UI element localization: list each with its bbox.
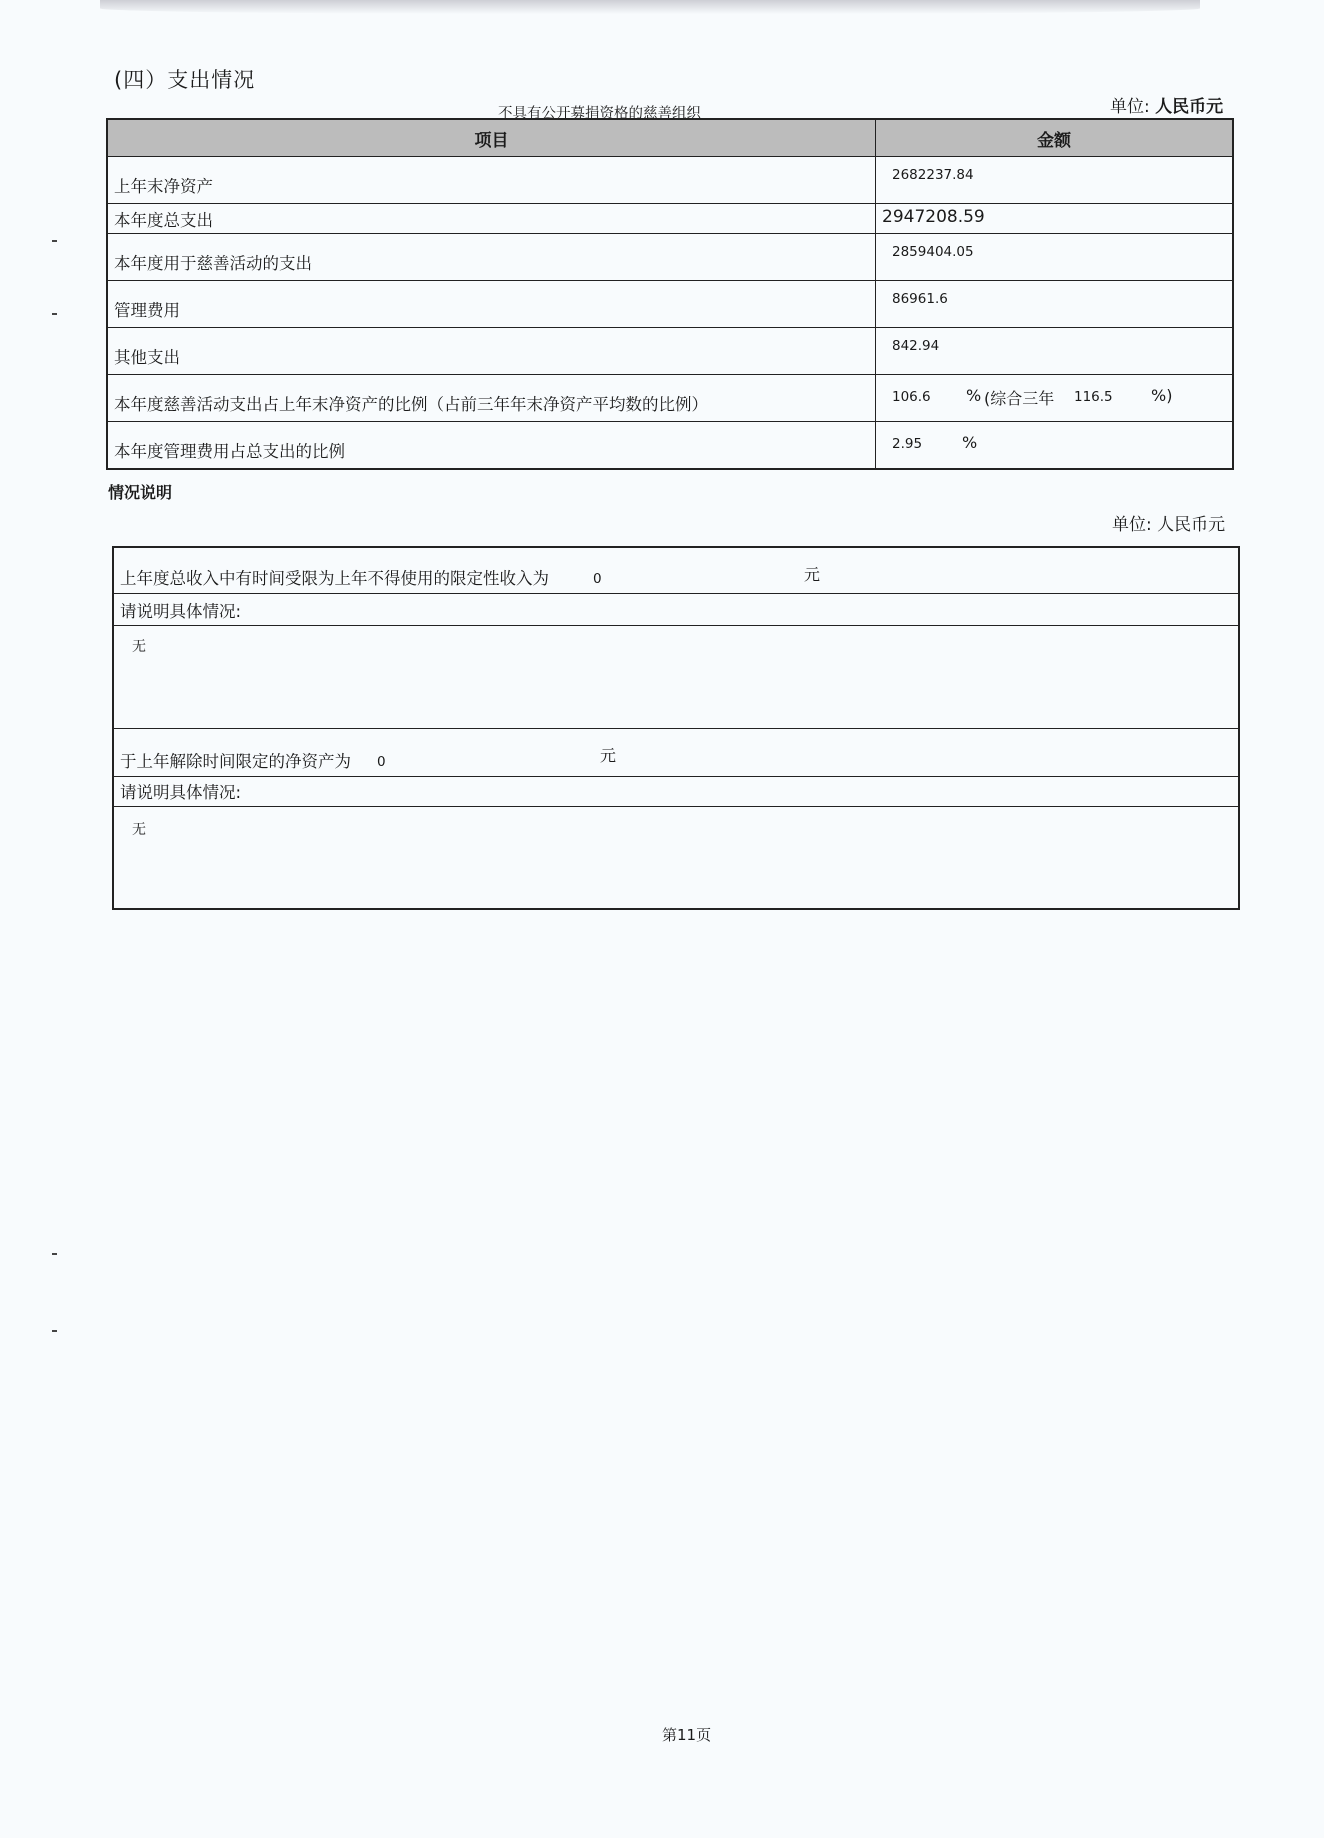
- header-amount: 金额: [876, 120, 1232, 156]
- scan-mark: [52, 1330, 57, 1332]
- description-title: 情况说明: [108, 480, 172, 503]
- row-amount: 2859404.05: [892, 244, 974, 260]
- unit-label-prefix: 单位:: [1110, 97, 1150, 117]
- row-item-label: 本年度总支出: [114, 207, 213, 231]
- row-item-label: 上年末净资产: [114, 173, 213, 197]
- row-item-label: 其他支出: [114, 344, 180, 368]
- restricted-income-detail-label-row: 请说明具体情况:: [114, 594, 1238, 626]
- released-assets-detail-label-row: 请说明具体情况:: [114, 777, 1238, 807]
- table-header-row: 项目 金额: [108, 120, 1232, 156]
- scan-mark: [52, 313, 57, 315]
- released-assets-row: 于上年解除时间限定的净资产为 0 元: [114, 729, 1238, 777]
- unit-label: 单位: 人民币元: [1110, 92, 1223, 117]
- row-amount: 106.6: [892, 389, 931, 405]
- row-extra-unit: %): [1151, 386, 1172, 405]
- restricted-income-value: 0: [593, 571, 602, 587]
- row-item-label: 本年度管理费用占总支出的比例: [114, 438, 345, 462]
- row-item-label: 本年度用于慈善活动的支出: [114, 250, 312, 274]
- row-item-label: 管理费用: [114, 297, 180, 321]
- row-amount: 2947208.59: [882, 207, 985, 227]
- expense-table: 项目 金额 上年末净资产 2682237.84 本年度总支出 2947208.5…: [106, 118, 1234, 470]
- table-row: 本年度用于慈善活动的支出 2859404.05: [108, 233, 1232, 280]
- table-row: 上年末净资产 2682237.84: [108, 156, 1232, 203]
- scan-smudge: [100, 0, 1200, 14]
- row-amount: 2682237.84: [892, 167, 974, 183]
- restricted-income-detail-text: 无: [132, 636, 146, 656]
- header-item: 项目: [108, 120, 876, 156]
- released-assets-unit: 元: [600, 743, 616, 766]
- description-box: 上年度总收入中有时间受限为上年不得使用的限定性收入为 0 元 请说明具体情况: …: [112, 546, 1240, 910]
- section-title: (四）支出情况: [114, 64, 255, 94]
- row-extra-value: 116.5: [1074, 389, 1113, 405]
- released-assets-value: 0: [377, 754, 386, 770]
- scan-mark: [52, 1253, 57, 1255]
- row-unit: %: [966, 386, 981, 405]
- row-amount: 2.95: [892, 436, 922, 452]
- row-item-label: 本年度慈善活动支出占上年末净资产的比例（占前三年年末净资产平均数的比例）: [114, 391, 708, 415]
- restricted-income-label: 上年度总收入中有时间受限为上年不得使用的限定性收入为: [120, 565, 549, 589]
- restricted-income-detail-text-area: 无: [114, 626, 1238, 729]
- released-assets-label: 于上年解除时间限定的净资产为: [120, 748, 351, 772]
- row-extra-label: (综合三年: [984, 386, 1054, 409]
- row-unit: %: [962, 433, 977, 452]
- released-assets-detail-label: 请说明具体情况:: [120, 779, 241, 803]
- table-row: 本年度总支出 2947208.59: [108, 203, 1232, 233]
- description-unit-label: 单位: 人民币元: [1112, 510, 1225, 535]
- page-number: 第11页: [662, 1724, 711, 1745]
- restricted-income-row: 上年度总收入中有时间受限为上年不得使用的限定性收入为 0 元: [114, 548, 1238, 594]
- table-row: 其他支出 842.94: [108, 327, 1232, 374]
- released-assets-detail-text: 无: [132, 819, 146, 839]
- row-amount: 86961.6: [892, 291, 948, 307]
- restricted-income-detail-label: 请说明具体情况:: [120, 598, 241, 622]
- released-assets-detail-text-area: 无: [114, 807, 1238, 908]
- scan-mark: [52, 240, 57, 242]
- unit-label-value: 人民币元: [1155, 97, 1223, 117]
- table-row: 本年度慈善活动支出占上年末净资产的比例（占前三年年末净资产平均数的比例） 106…: [108, 374, 1232, 421]
- table-row: 管理费用 86961.6: [108, 280, 1232, 327]
- row-amount: 842.94: [892, 338, 939, 354]
- table-row: 本年度管理费用占总支出的比例 2.95 %: [108, 421, 1232, 468]
- restricted-income-unit: 元: [804, 562, 820, 585]
